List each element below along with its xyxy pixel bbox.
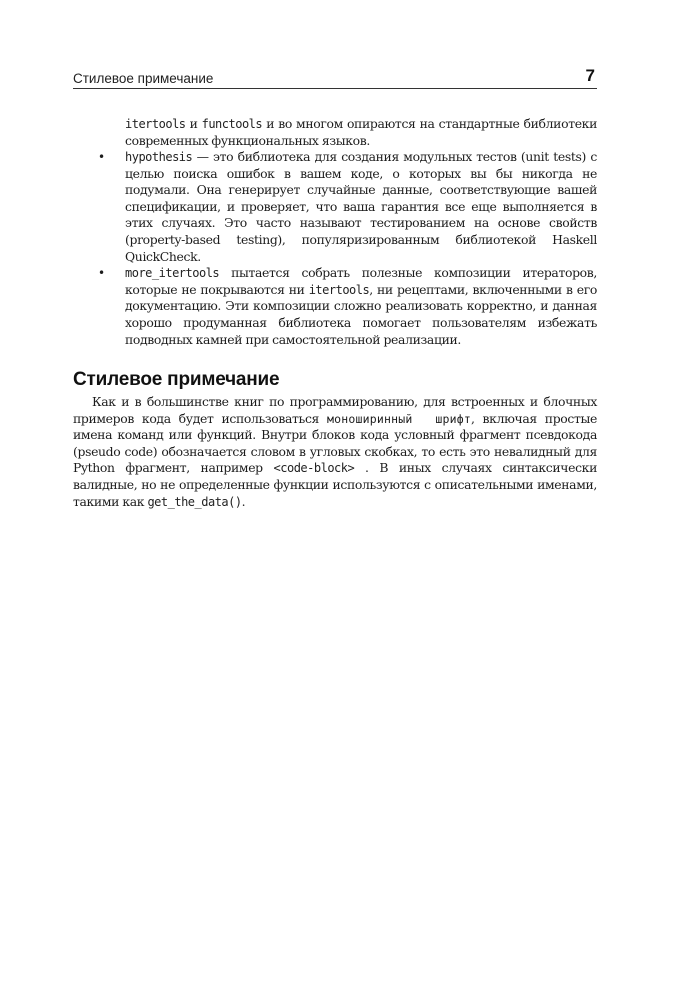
section-paragraph: Как и в большинстве книг по программиров… (73, 394, 597, 510)
running-head-title: Стилевое примечание (73, 71, 213, 86)
bullet-icon: • (98, 265, 105, 282)
page-number: 7 (586, 66, 595, 86)
inline-code: functools (202, 117, 263, 131)
section-heading: Стилевое примечание (73, 369, 279, 391)
inline-mono-phrase: моноширинный шрифт (327, 412, 471, 426)
bullet-list: •hypothesis — это библиотека для создани… (98, 149, 597, 348)
bullet-icon: • (98, 149, 105, 166)
list-item-hypothesis: •hypothesis — это библиотека для создани… (98, 149, 597, 265)
inline-code: more_itertools (125, 266, 219, 280)
inline-code: <code-block> (274, 461, 355, 475)
inline-code: get_the_data() (147, 495, 241, 509)
text: и (186, 116, 202, 131)
running-head: Стилевое примечание 7 (73, 68, 597, 89)
inline-code: hypothesis (125, 150, 192, 164)
text: — это библиотека для создания модульных … (125, 149, 597, 264)
text: . (242, 494, 246, 509)
book-page: Стилевое примечание 7 itertools и functo… (0, 0, 682, 1000)
inline-code: itertools (309, 283, 370, 297)
list-item-continuation: itertools и functools и во многом опираю… (125, 116, 597, 149)
list-item-more-itertools: •more_itertools пытается собрать полезны… (98, 265, 597, 348)
inline-code: itertools (125, 117, 186, 131)
